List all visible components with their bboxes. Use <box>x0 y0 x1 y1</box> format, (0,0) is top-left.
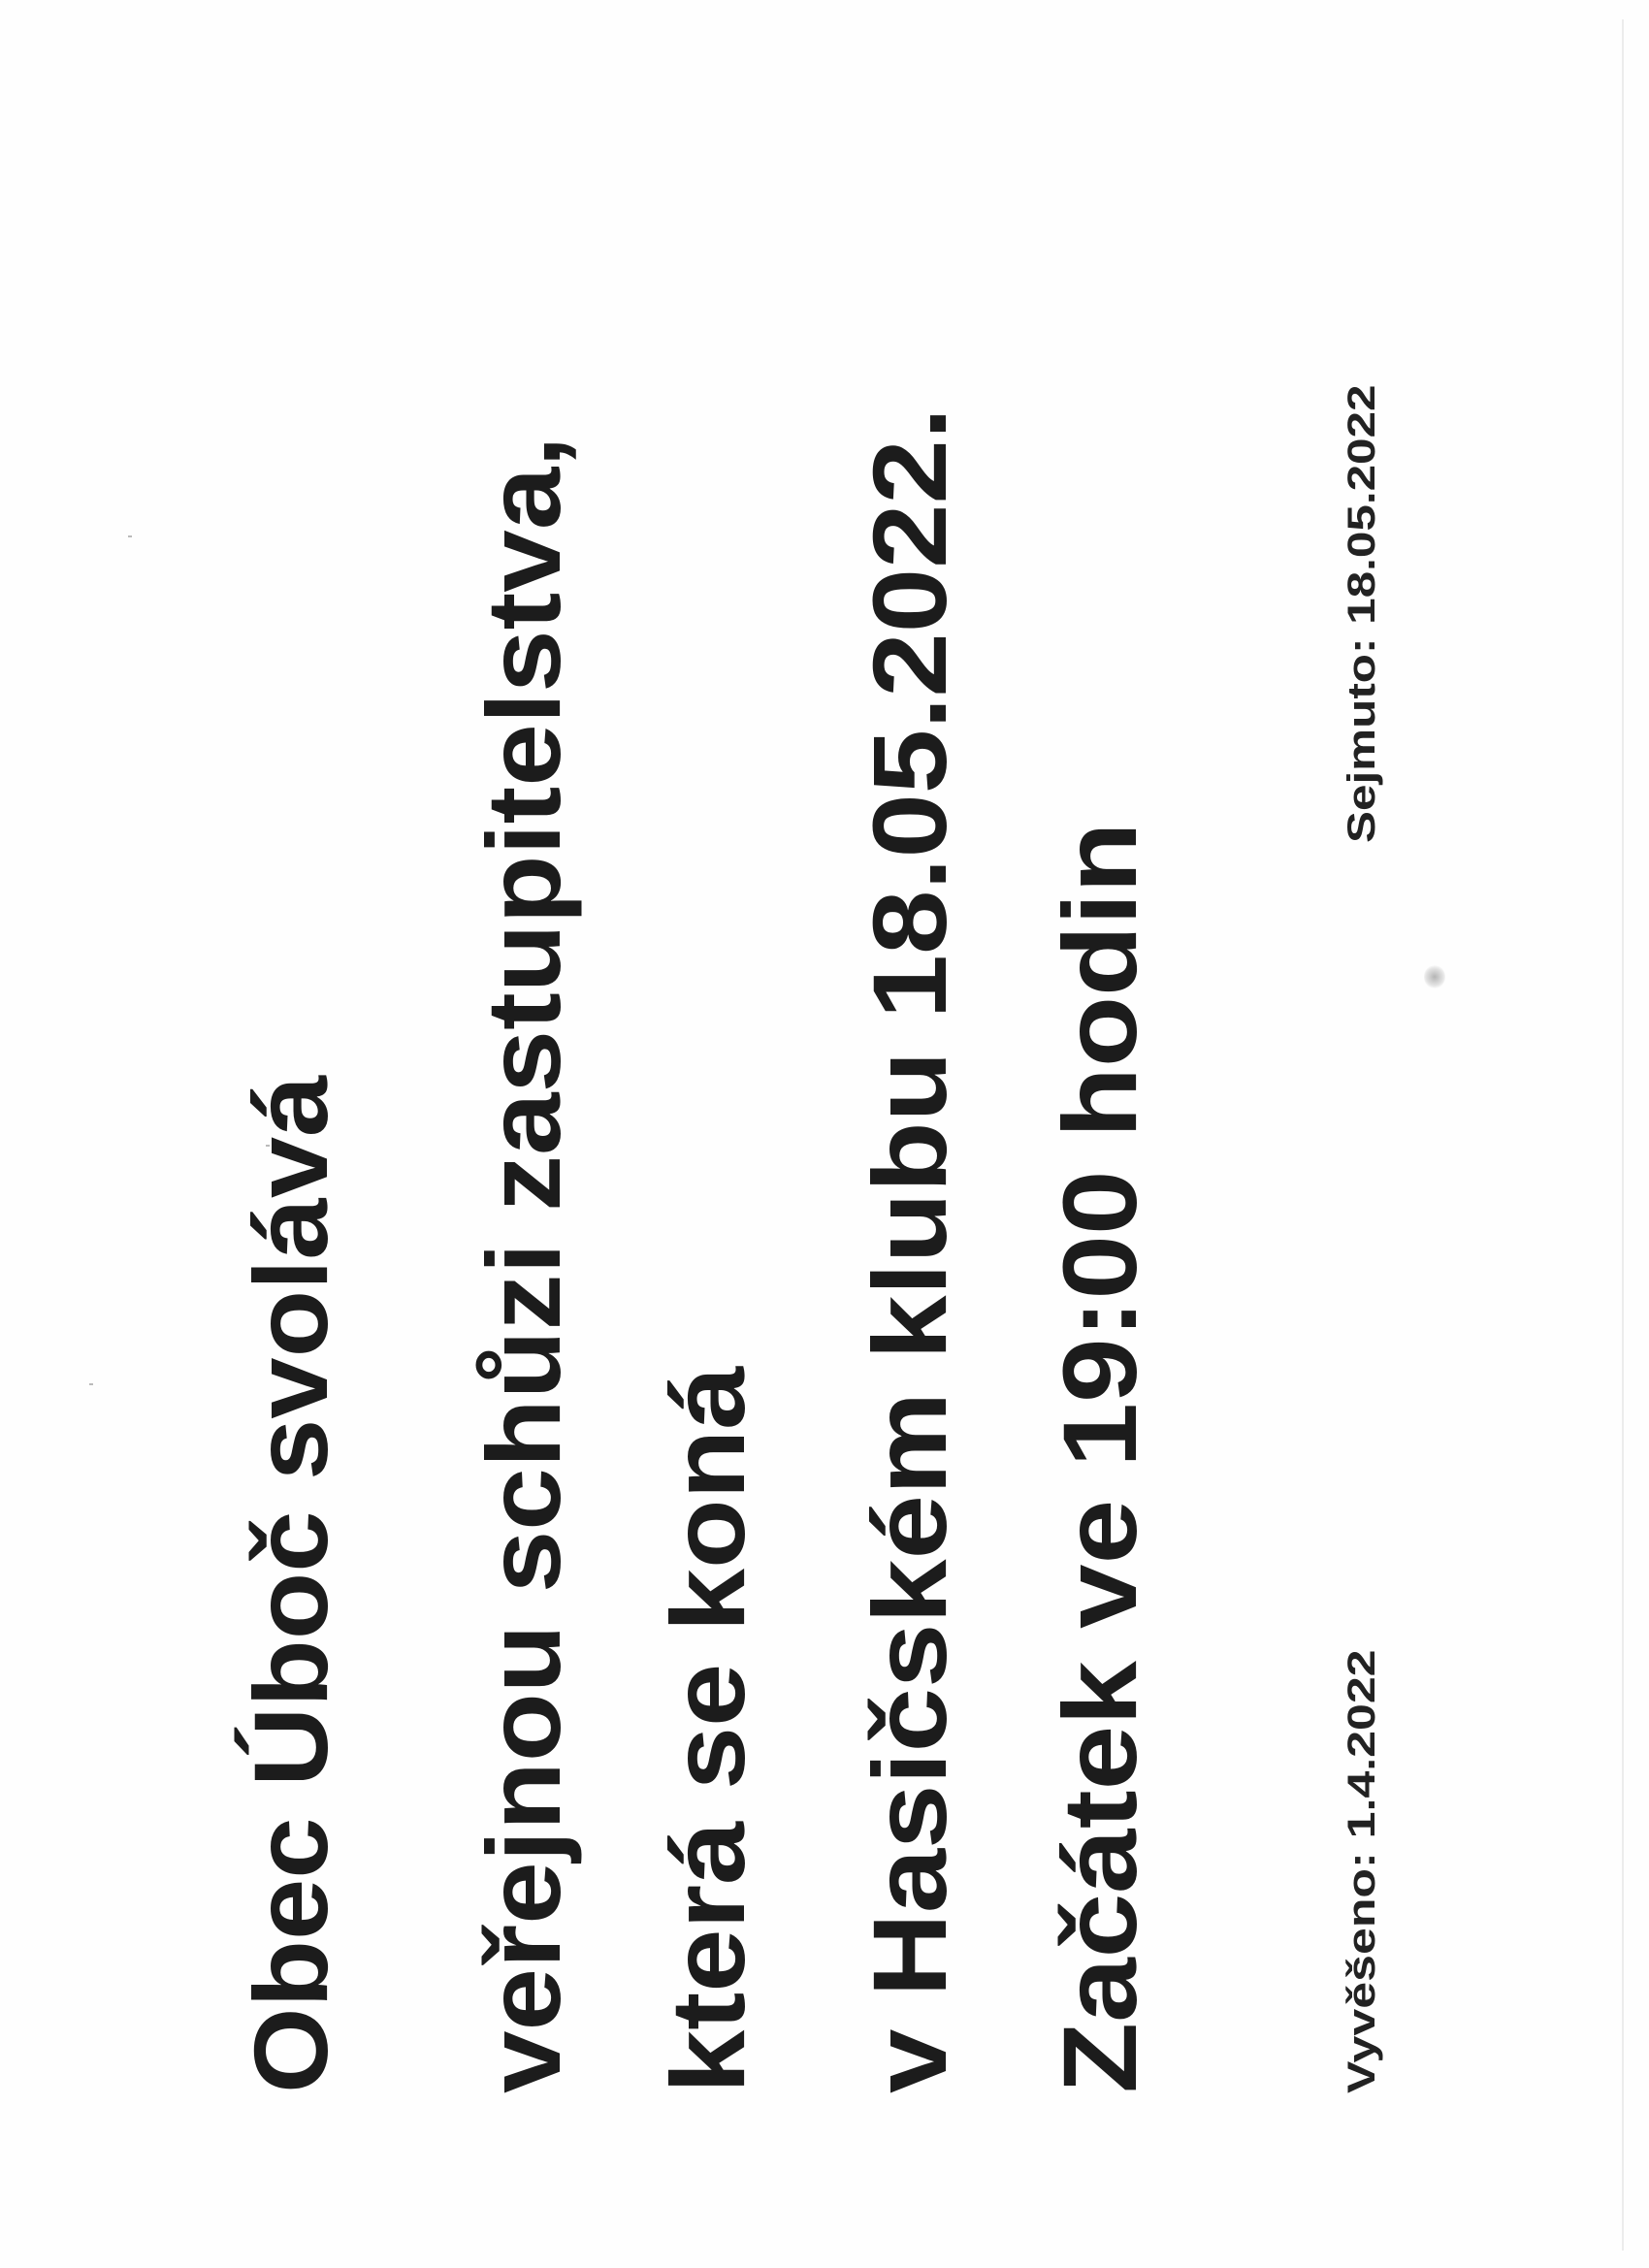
scan-speck <box>266 1145 270 1147</box>
scan-speck <box>128 535 132 537</box>
removed-date-text: Sejmuto: 18.05.2022 <box>1342 384 1381 843</box>
notice-line-venue-date: v Hasičském klubu 18.05.2022. <box>857 567 962 2093</box>
posted-date-text: Vyvěšeno: 1.4.2022 <box>1342 1649 1381 2093</box>
scan-speck <box>89 1383 93 1385</box>
scan-edge-line <box>1622 19 1624 2251</box>
notice-line-text: veřejnou schůzi zastupitelstva, <box>471 436 576 2093</box>
notice-line-text: Začátek ve 19:00 hodin <box>1048 823 1152 2093</box>
posted-date-label: Vyvěšeno: 1.4.2022 <box>1342 1739 1381 2093</box>
notice-line-start-time: Začátek ve 19:00 hodin <box>1048 946 1152 2093</box>
notice-line-held: která se koná <box>656 1424 760 2093</box>
removed-date-label: Sejmuto: 18.05.2022 <box>1342 472 1381 843</box>
notice-line-meeting: veřejnou schůzi zastupitelstva, <box>471 551 576 2093</box>
notice-line-municipality: Obec Úboč svolává <box>239 1127 343 2093</box>
scanned-notice-page: Obec Úboč svolává veřejnou schůzi zastup… <box>0 0 1649 2268</box>
notice-line-text: která se koná <box>656 1367 760 2093</box>
notice-line-text: v Hasičském klubu 18.05.2022. <box>857 407 962 2093</box>
notice-line-text: Obec Úboč svolává <box>239 1076 343 2093</box>
scan-smudge <box>1424 965 1445 988</box>
